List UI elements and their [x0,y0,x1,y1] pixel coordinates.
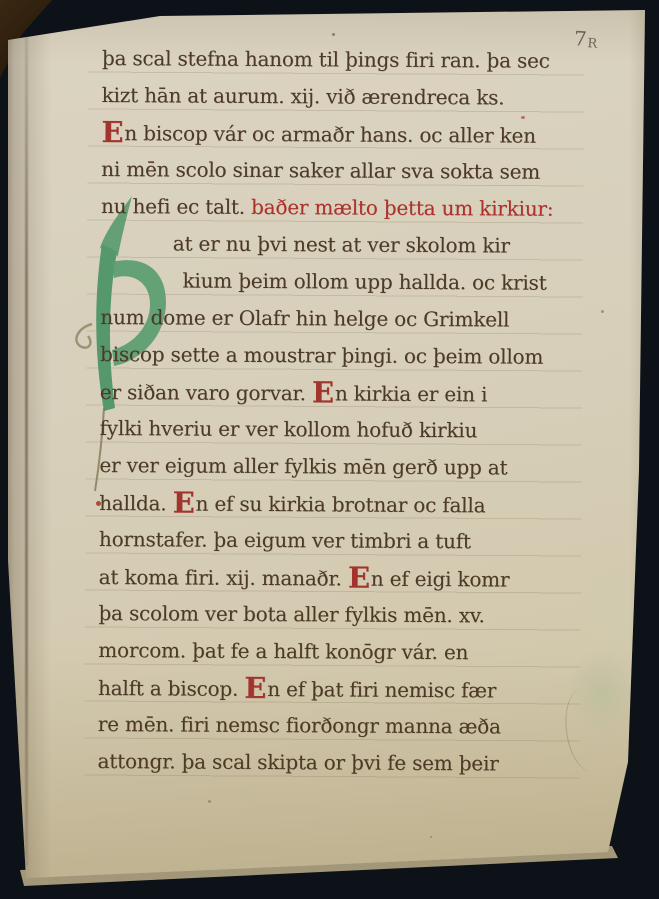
manuscript-line: hallda. En ef su kirkia brotnar oc falla [99,484,579,524]
ink-speck [430,836,432,838]
manuscript-line: er siðan varo gorvar. En kirkia er ein i [100,373,580,413]
margin-red-dot [96,501,101,506]
manuscript-line: er ver eigum aller fylkis mēn gerð upp a… [99,447,579,487]
ink-speck [332,33,335,36]
folio-side: R [587,36,598,52]
body-text: n ef su kirkia brotnar oc falla [195,492,485,518]
manuscript-line: En biscop vár oc armaðr hans. oc aller k… [101,114,581,154]
red-initial: E [244,671,266,705]
red-initial: E [101,115,123,149]
manuscript-line: num dome er Olafr hin helge oc Grimkell [100,299,580,339]
manuscript-line: hornstafer. þa eigum ver timbri a tuft [99,521,579,561]
body-text: n biscop vár oc armaðr hans. oc aller ke… [124,121,536,148]
rubric-text: baðer mælto þetta um kirkiur: [251,195,553,221]
ink-speck [601,310,604,313]
manuscript-line: ni mēn scolo sinar saker allar sva sokta… [101,151,581,191]
ink-speck [208,800,211,803]
manuscript-line: biscop sette a moustrar þingi. oc þeim o… [100,336,580,376]
red-initial: E [173,485,195,519]
body-text: at koma firi. xij. manaðr. [99,565,348,591]
manuscript-line: nu hefi ec talt. baðer mælto þetta um ki… [101,188,581,228]
manuscript-line: attongr. þa scal skipta or þvi fe sem þe… [97,743,577,783]
body-text: n ef eigi komr [371,567,510,592]
red-initial: E [348,561,370,595]
body-text: n kirkia er ein i [335,381,487,406]
body-text: kizt hān at aurum. xij. við ærendreca ks… [102,83,505,109]
body-text: attongr. þa scal skipta or þvi fe sem þe… [98,749,499,775]
text-block: þa scal stefna hanom til þings firi ran.… [97,40,582,783]
body-text: kium þeim ollom upp hallda. oc krist [182,268,546,294]
manuscript-page: 7R þa scal stefna hanom til þings firi r… [0,0,659,899]
body-text: n ef þat firi nemisc fær [267,677,496,702]
body-text: hornstafer. þa eigum ver timbri a tuft [99,527,471,553]
photo-background: 7R þa scal stefna hanom til þings firi r… [0,0,659,899]
body-text: fylki hveriu er ver kollom hofuð kirkiu [100,416,478,442]
body-text: ni mēn scolo sinar saker allar sva sokta… [101,157,540,184]
red-initial: E [312,375,334,409]
ink-speck [521,116,525,119]
body-text: er siðan varo gorvar. [100,380,312,405]
body-text: er ver eigum aller fylkis mēn gerð upp a… [99,453,507,479]
body-text: num dome er Olafr hin helge oc Grimkell [100,305,509,331]
manuscript-line: morcom. þat fe a halft konōgr vár. en [98,632,578,672]
body-text: morcom. þat fe a halft konōgr vár. en [98,638,468,664]
body-text: hallda. [99,491,173,515]
manuscript-line: fylki hveriu er ver kollom hofuð kirkiu [100,410,580,450]
manuscript-line: kium þeim ollom upp hallda. oc krist [182,262,580,301]
body-text: re mēn. firi nemsc fiorðongr manna æða [98,712,501,738]
manuscript-line: þa scal stefna hanom til þings firi ran.… [102,40,582,80]
body-text: biscop sette a moustrar þingi. oc þeim o… [100,342,543,369]
body-text: nu hefi ec talt. [101,194,251,219]
body-text: halft a biscop. [98,676,244,701]
body-text: þa scolom ver bota aller fylkis mēn. xv. [98,601,484,627]
gutter-crease [25,34,28,866]
body-text: at er nu þvi nest at ver skolom kir [173,231,510,257]
manuscript-line: at er nu þvi nest at ver skolom kir [173,225,581,264]
manuscript-line: re mēn. firi nemsc fiorðongr manna æða [98,706,578,746]
manuscript-line: þa scolom ver bota aller fylkis mēn. xv. [98,595,578,635]
body-text: þa scal stefna hanom til þings firi ran.… [102,46,550,73]
manuscript-line: kizt hān at aurum. xij. við ærendreca ks… [102,77,582,117]
manuscript-line: at koma firi. xij. manaðr. En ef eigi ko… [99,558,579,598]
manuscript-line: halft a biscop. En ef þat firi nemisc fæ… [98,669,578,709]
